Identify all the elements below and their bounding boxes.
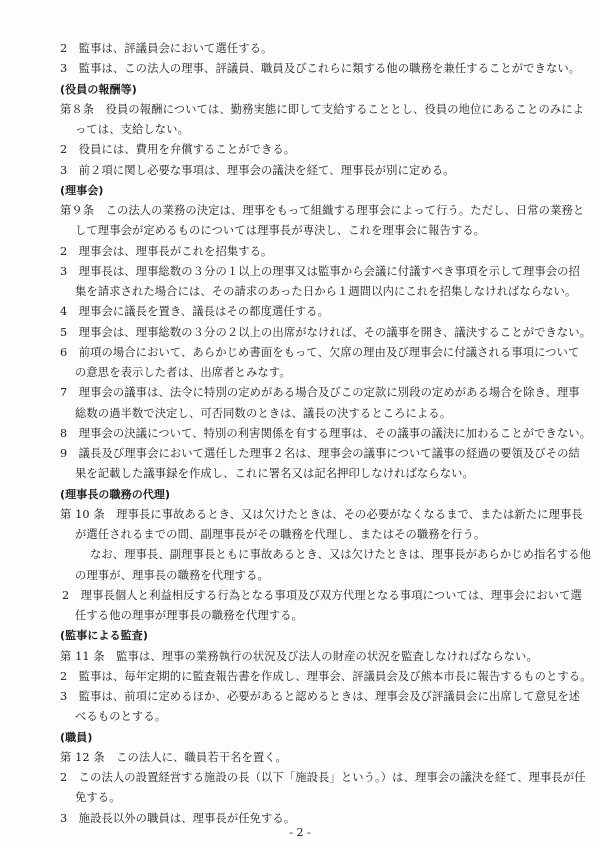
text-line: べるものとする。 [75, 710, 166, 724]
text-line: 3 監事は、前項に定めるほか、必要があると認めるときは、理事会及び評議員会に出席… [60, 690, 580, 704]
text-line: 果を記載した議事録を作成し、これに署名又は記名押印しなければならない。 [75, 467, 474, 481]
article-line: 第 10 条 理事長に事故あるとき、又は欠けたときは、その必要がなくなるまで、ま… [60, 508, 583, 522]
document-page: 2 監事は、評議員会において選任する。3 監事は、この法人の理事、評議員、職員及… [0, 0, 600, 848]
text-line: 2 理事長個人と利益相反する行為となる事項及び双方代理となる事項については、理事… [62, 589, 582, 603]
article-line: 第９条 この法人の業務の決定は、理事をもって組織する理事会によって行う。ただし、… [60, 204, 584, 218]
text-line: 7 理事会の議事は、法令に特別の定めがある場合及びこの定款に別段の定めがある場合… [60, 386, 580, 400]
text-line: して理事会が定めるものについては理事長が専決し、これを理事会に報告する。 [75, 224, 485, 238]
text-line: 4 理事会に議長を置き、議長はその都度選任する。 [60, 305, 329, 319]
text-line: っては、支給しない。 [75, 123, 189, 137]
text-line: 2 役員には、費用を弁償することができる。 [60, 143, 295, 157]
section-heading: (職員) [60, 731, 92, 745]
text-line: が選任されるまでの間、副理事長がその職務を代理し、またはその職務を行う。 [75, 528, 485, 542]
text-line: 9 議長及び理事会において選任した理事２名は、理事会の議事について議事の経過の要… [60, 447, 580, 461]
page-number: - 2 - [0, 826, 600, 839]
text-line: 3 前２項に関し必要な事項は、理事会の議決を経て、理事長が別に定める。 [60, 164, 455, 178]
text-line: 8 理事会の決議について、特別の利害関係を有する理事は、その議事の議決に加わるこ… [60, 427, 591, 441]
section-heading: (理事長の職務の代理) [60, 488, 170, 502]
text-line: なお、理事長、副理事長ともに事故あるとき、又は欠けたときは、理事長があらかじめ指… [90, 548, 591, 562]
article-line: 第 12 条 この法人に、職員若干名を置く。 [60, 751, 287, 765]
text-line: 2 監事は、評議員会において選任する。 [60, 42, 272, 56]
section-heading: (理事会) [60, 184, 104, 198]
article-line: 第８条 役員の報酬については、勤務実態に即して支給することとし、役員の地位にある… [60, 103, 584, 117]
text-line: 6 前項の場合において、あらかじめ書面をもって、欠席の理由及び理事会に付議される… [60, 346, 579, 360]
text-line: 2 この法人の設置経営する施設の長（以下「施設長」という。）は、理事会の議決を経… [60, 771, 586, 785]
section-heading: (役員の報酬等) [60, 83, 137, 97]
text-line: の意思を表示した者は、出席者とみなす。 [75, 366, 291, 380]
text-line: 免する。 [75, 791, 121, 805]
text-line: 集を請求された場合には、その請求のあった日から１週間以内にこれを招集しなければな… [75, 285, 576, 299]
text-line: 3 監事は、この法人の理事、評議員、職員及びこれらに類する他の職務を兼任すること… [60, 62, 580, 76]
text-line: の理事が、理事長の職務を代理する。 [75, 569, 269, 583]
text-line: 3 施設長以外の職員は、理事長が任免する。 [60, 812, 295, 826]
article-line: 第 11 条 監事は、理事の業務執行の状況及び法人の財産の状況を監査しなければな… [60, 650, 538, 664]
text-line: 2 監事は、毎年定期的に監査報告書を作成し、理事会、評議員会及び熊本市長に報告す… [60, 670, 592, 684]
text-line: 5 理事会は、理事総数の３分の２以上の出席がなければ、その議事を開き、議決するこ… [60, 326, 591, 340]
section-heading: (監事による監査) [60, 629, 148, 643]
text-line: 2 理事会は、理事長がこれを招集する。 [60, 245, 272, 259]
text-line: 総数の過半数で決定し、可否同数のときは、議長の決するところによる。 [75, 407, 451, 421]
text-line: 任する他の理事が理事長の職務を代理する。 [75, 609, 303, 623]
text-line: 3 理事長は、理事総数の３分の１以上の理事又は監事から会議に付議すべき事項を示し… [60, 265, 580, 279]
